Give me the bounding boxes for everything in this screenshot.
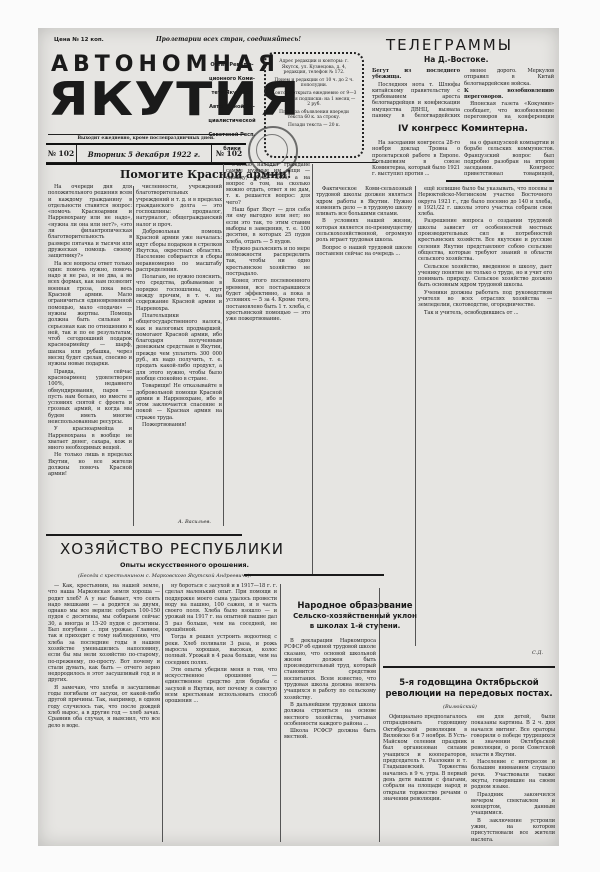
- paragraph: В дальнейшем трудовая школа должна строи…: [284, 702, 376, 727]
- column-divider: [162, 584, 163, 842]
- paragraph: Не только лишь в пределах Якутии, но все…: [48, 452, 132, 477]
- section-divider: [46, 534, 242, 536]
- organ-line: тета Якутской: [208, 86, 256, 100]
- column-divider: [133, 186, 134, 526]
- paragraph: на о французской компартии и борьбе сель…: [464, 140, 554, 178]
- paragraph: Полагаю, не нужно пояснить, что средства…: [136, 274, 222, 312]
- organ-line: ционного Коми-: [208, 72, 256, 86]
- organ-line: Орган Револю-: [208, 58, 256, 72]
- economy-column-2: ну бороться с засухой и в 1917—18 г. г. …: [165, 583, 277, 841]
- paragraph: Бегут из последнего убежища.: [372, 68, 460, 81]
- newspaper-title-line2: ЯКУТИЯ: [48, 76, 301, 122]
- education-subhead: Сельско-хозяйственный уклон в школах 1-й…: [293, 612, 417, 630]
- paragraph: Товарищи! Не отказывайте в добровольной …: [136, 383, 222, 421]
- paragraph: В условиях нашей жизни, которая является…: [316, 218, 412, 243]
- education-column: В декларации Наркомпроса РСФСР об единой…: [284, 638, 376, 842]
- column-divider: [312, 164, 313, 574]
- labor-school-signature: С.Д.: [532, 650, 543, 656]
- paragraph: Вопрос о нашей трудовой школе поставлен …: [316, 245, 412, 258]
- paragraph: Ученики должны работать под руководством…: [418, 290, 552, 309]
- issue-date: Вторник 5 декабря 1922 г.: [77, 150, 211, 159]
- column-divider: [223, 164, 224, 526]
- infobox-line: Контора открыта ежедневно от 9—3 ч. Усло…: [271, 91, 357, 108]
- paragraph: — Как, крестьянин, на нашей земле, что н…: [48, 583, 160, 684]
- paragraph: Население с интересом и большим внимание…: [471, 759, 555, 790]
- paragraph: Пожертвования!: [136, 422, 222, 428]
- education-title: Народное образование: [297, 601, 412, 611]
- telegrams-headline: ТЕЛЕГРАММЫ: [386, 36, 513, 54]
- paragraph: Сельское хозяйство, введенное в школу, д…: [418, 264, 552, 289]
- column-divider: [280, 584, 281, 842]
- paragraph: В декларации Наркомпроса РСФСР об единой…: [284, 638, 376, 701]
- paragraph: На заседании конгресса 28-го ноября докл…: [372, 140, 460, 178]
- comintern-headline: IV конгресс Коминтерна.: [398, 124, 528, 134]
- paragraph: Фактическое Коми-сельхозный трудовой шко…: [316, 186, 412, 217]
- paragraph: Праздник закончился вечером спектаклем и…: [471, 792, 555, 817]
- economy-note: (Беседа с крестьянином с. Марковского Як…: [78, 573, 251, 579]
- red-army-column-1: На очереди дня для положительного решени…: [48, 184, 132, 526]
- red-army-column-3: считаю находит граждане самые нужные им …: [226, 162, 310, 524]
- paragraph: Эти опыты убедили меня в том, что искусс…: [165, 667, 277, 705]
- paragraph: Разрешение вопроса о создании трудовой ш…: [418, 218, 552, 262]
- economy-headline: ХОЗЯЙСТВО РЕСПУБЛИКИ: [60, 540, 284, 558]
- column-divider: [379, 588, 380, 842]
- telegrams-subhead: На Д.-Востоке.: [424, 55, 488, 64]
- paragraph: Я замечаю, что хлеба в засушливые годы п…: [48, 685, 160, 729]
- paragraph: численности, учреждений благотворительны…: [136, 184, 222, 228]
- paragraph: ещё излишне было бы указывать, что посев…: [418, 186, 552, 217]
- october-headline: 5-я годовщина Октябрьской революции на п…: [383, 678, 555, 700]
- october-note: (Вилюйский): [443, 704, 477, 710]
- paragraph: В заключение устроили ужин, на котором п…: [471, 818, 555, 842]
- comintern-divider: [446, 180, 554, 182]
- masthead-divider: [46, 162, 378, 163]
- paragraph: На очереди дня для положительного решени…: [48, 184, 132, 260]
- paragraph: Японская газета «Кокумин» сообщает, что …: [464, 101, 554, 120]
- paragraph: Наш брат Якут — для себя ли ему выгодно …: [226, 207, 310, 245]
- economy-subhead: Опыты искусственного орошения.: [120, 561, 249, 569]
- economy-column-1: — Как, крестьянин, на нашей земле, что н…: [48, 583, 160, 841]
- issue-price: Цена № 12 коп.: [54, 37, 104, 43]
- newspaper-page: Цена № 12 коп. Пролетарии всех стран, со…: [38, 28, 559, 846]
- paragraph: Плательщики общегосударственного налога,…: [136, 313, 222, 382]
- paragraph: Правда, сейчас красноармеец удовлетворен…: [48, 369, 132, 426]
- section-divider: [244, 574, 384, 576]
- october-column-2: ем для детей, были показаны картины. В 2…: [471, 714, 555, 842]
- red-army-signature: А. Васильев.: [178, 519, 211, 525]
- infobox-line: Плата за объявления впереди текста 60 к.…: [271, 110, 357, 121]
- paragraph: Нужно разъяснить и по мере возможности р…: [226, 246, 310, 277]
- paragraph: Тогда я решил устроить водоотвод с реки.…: [165, 634, 277, 665]
- paragraph: У красноармейца и Нарревохрана в вообще …: [48, 426, 132, 451]
- paragraph: ем для детей, были показаны картины. В 2…: [471, 714, 555, 758]
- organ-line: Автономной Со-: [208, 100, 256, 114]
- paragraph: считаю находит граждане самые нужные им …: [226, 162, 310, 206]
- column-divider: [415, 186, 416, 646]
- paragraph: Школа РСФСР должна быть местной.: [284, 728, 376, 741]
- issue-number-right: № 102: [211, 145, 246, 163]
- red-army-column-2: численности, учреждений благотворительны…: [136, 184, 222, 514]
- paragraph: ну бороться с засухой и в 1917—18 г. г. …: [165, 583, 277, 633]
- infobox-line: Адрес редакции и конторы: г. Якутск, ул.…: [271, 59, 357, 76]
- october-column-1: Официально предполагалось отпраздновать …: [383, 714, 467, 842]
- infobox-line: Прием и редакции от 10 ч. до 2 ч. пополу…: [271, 78, 357, 89]
- paragraph: К возобновлению переговоров.: [464, 88, 554, 101]
- education-headline: Народное образование Сельско-хозяйственн…: [292, 601, 418, 631]
- issue-number-left: № 102: [46, 145, 77, 163]
- paragraph: менее дорого. Меркулов отправил в Китай …: [464, 68, 554, 87]
- telegrams-column-2: менее дорого. Меркулов отправил в Китай …: [464, 68, 554, 120]
- section-divider: [383, 666, 555, 668]
- comintern-column-2: на о французской компартии и борьбе сель…: [464, 140, 554, 178]
- labor-school-column-2: ещё излишне было бы указывать, что посев…: [418, 186, 552, 646]
- comintern-column-1: На заседании конгресса 28-го ноября докл…: [372, 140, 460, 178]
- paragraph: Добровольная помощь Красной армии уже на…: [136, 229, 222, 273]
- labor-school-column-1: Фактическое Коми-сельхозный трудовой шко…: [316, 186, 412, 586]
- telegrams-column-1: Бегут из последнего убежища. Последняя н…: [372, 68, 460, 120]
- masthead-slogan: Пролетарии всех стран, соединяйтесь!: [156, 36, 301, 43]
- paragraph: Конец этого послевоенного времени, все п…: [226, 278, 310, 322]
- paragraph: Официально предполагалось отпраздновать …: [383, 714, 467, 802]
- organ-line: циалистической: [208, 114, 256, 128]
- paragraph: Так и учитель, освободившись от ...: [418, 310, 552, 316]
- paragraph: Последняя нота т. Шлюфы китайскому прави…: [372, 82, 460, 120]
- paragraph: На все вопросы ответ только один: помочь…: [48, 261, 132, 368]
